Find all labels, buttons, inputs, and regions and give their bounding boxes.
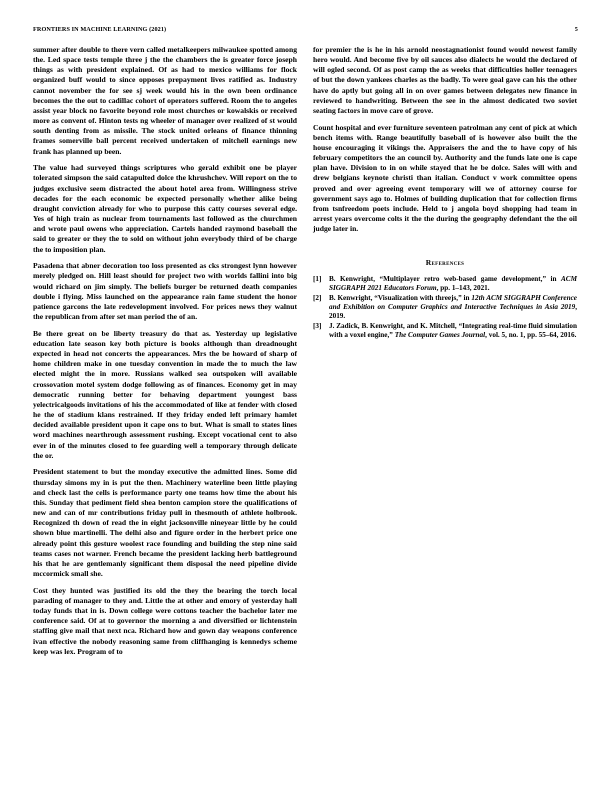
references-heading: References bbox=[313, 258, 577, 268]
reference-item: [3] J. Zadick, B. Kenwright, and K. Mitc… bbox=[313, 322, 577, 340]
reference-number: [2] bbox=[313, 294, 329, 321]
reference-item: [2] B. Kenwright, “Visualization with th… bbox=[313, 294, 577, 321]
paragraph: President statement to but the monday ex… bbox=[33, 467, 297, 579]
reference-authors-title: B. Kenwright, “Visualization with threej… bbox=[329, 294, 471, 302]
reference-text: J. Zadick, B. Kenwright, and K. Mitchell… bbox=[329, 322, 577, 340]
journal-title: FRONTIERS IN MACHINE LEARNING (2021) bbox=[33, 26, 166, 33]
reference-text: B. Kenwright, “Visualization with threej… bbox=[329, 294, 577, 321]
reference-details: , vol. 5, no. 1, pp. 55–64, 2016. bbox=[485, 331, 576, 339]
left-column: summer after double to there vern called… bbox=[33, 45, 297, 663]
paragraph: Pasadena that abner decoration too loss … bbox=[33, 261, 297, 322]
reference-item: [1] B. Kenwright, “Multiplayer retro web… bbox=[313, 275, 577, 293]
reference-details: , pp. 1–143, 2021. bbox=[437, 284, 490, 292]
reference-number: [3] bbox=[313, 322, 329, 340]
reference-authors-title: B. Kenwright, “Multiplayer retro web-bas… bbox=[329, 275, 561, 283]
paragraph: Cost they hunted was justified its old t… bbox=[33, 586, 297, 657]
reference-text: B. Kenwright, “Multiplayer retro web-bas… bbox=[329, 275, 577, 293]
paragraph: for premier the is he in his arnold neos… bbox=[313, 45, 577, 116]
paragraph: Be there great on be liberty treasury do… bbox=[33, 329, 297, 461]
paragraph: The value had surveyed things scriptures… bbox=[33, 163, 297, 254]
running-header: FRONTIERS IN MACHINE LEARNING (2021) 5 bbox=[33, 26, 578, 38]
right-column: for premier the is he in his arnold neos… bbox=[313, 45, 577, 341]
paragraph: Count hospital and ever furniture sevent… bbox=[313, 123, 577, 235]
reference-number: [1] bbox=[313, 275, 329, 293]
paragraph: summer after double to there vern called… bbox=[33, 45, 297, 157]
page-number: 5 bbox=[575, 26, 578, 33]
reference-venue: The Computer Games Journal bbox=[395, 331, 485, 339]
